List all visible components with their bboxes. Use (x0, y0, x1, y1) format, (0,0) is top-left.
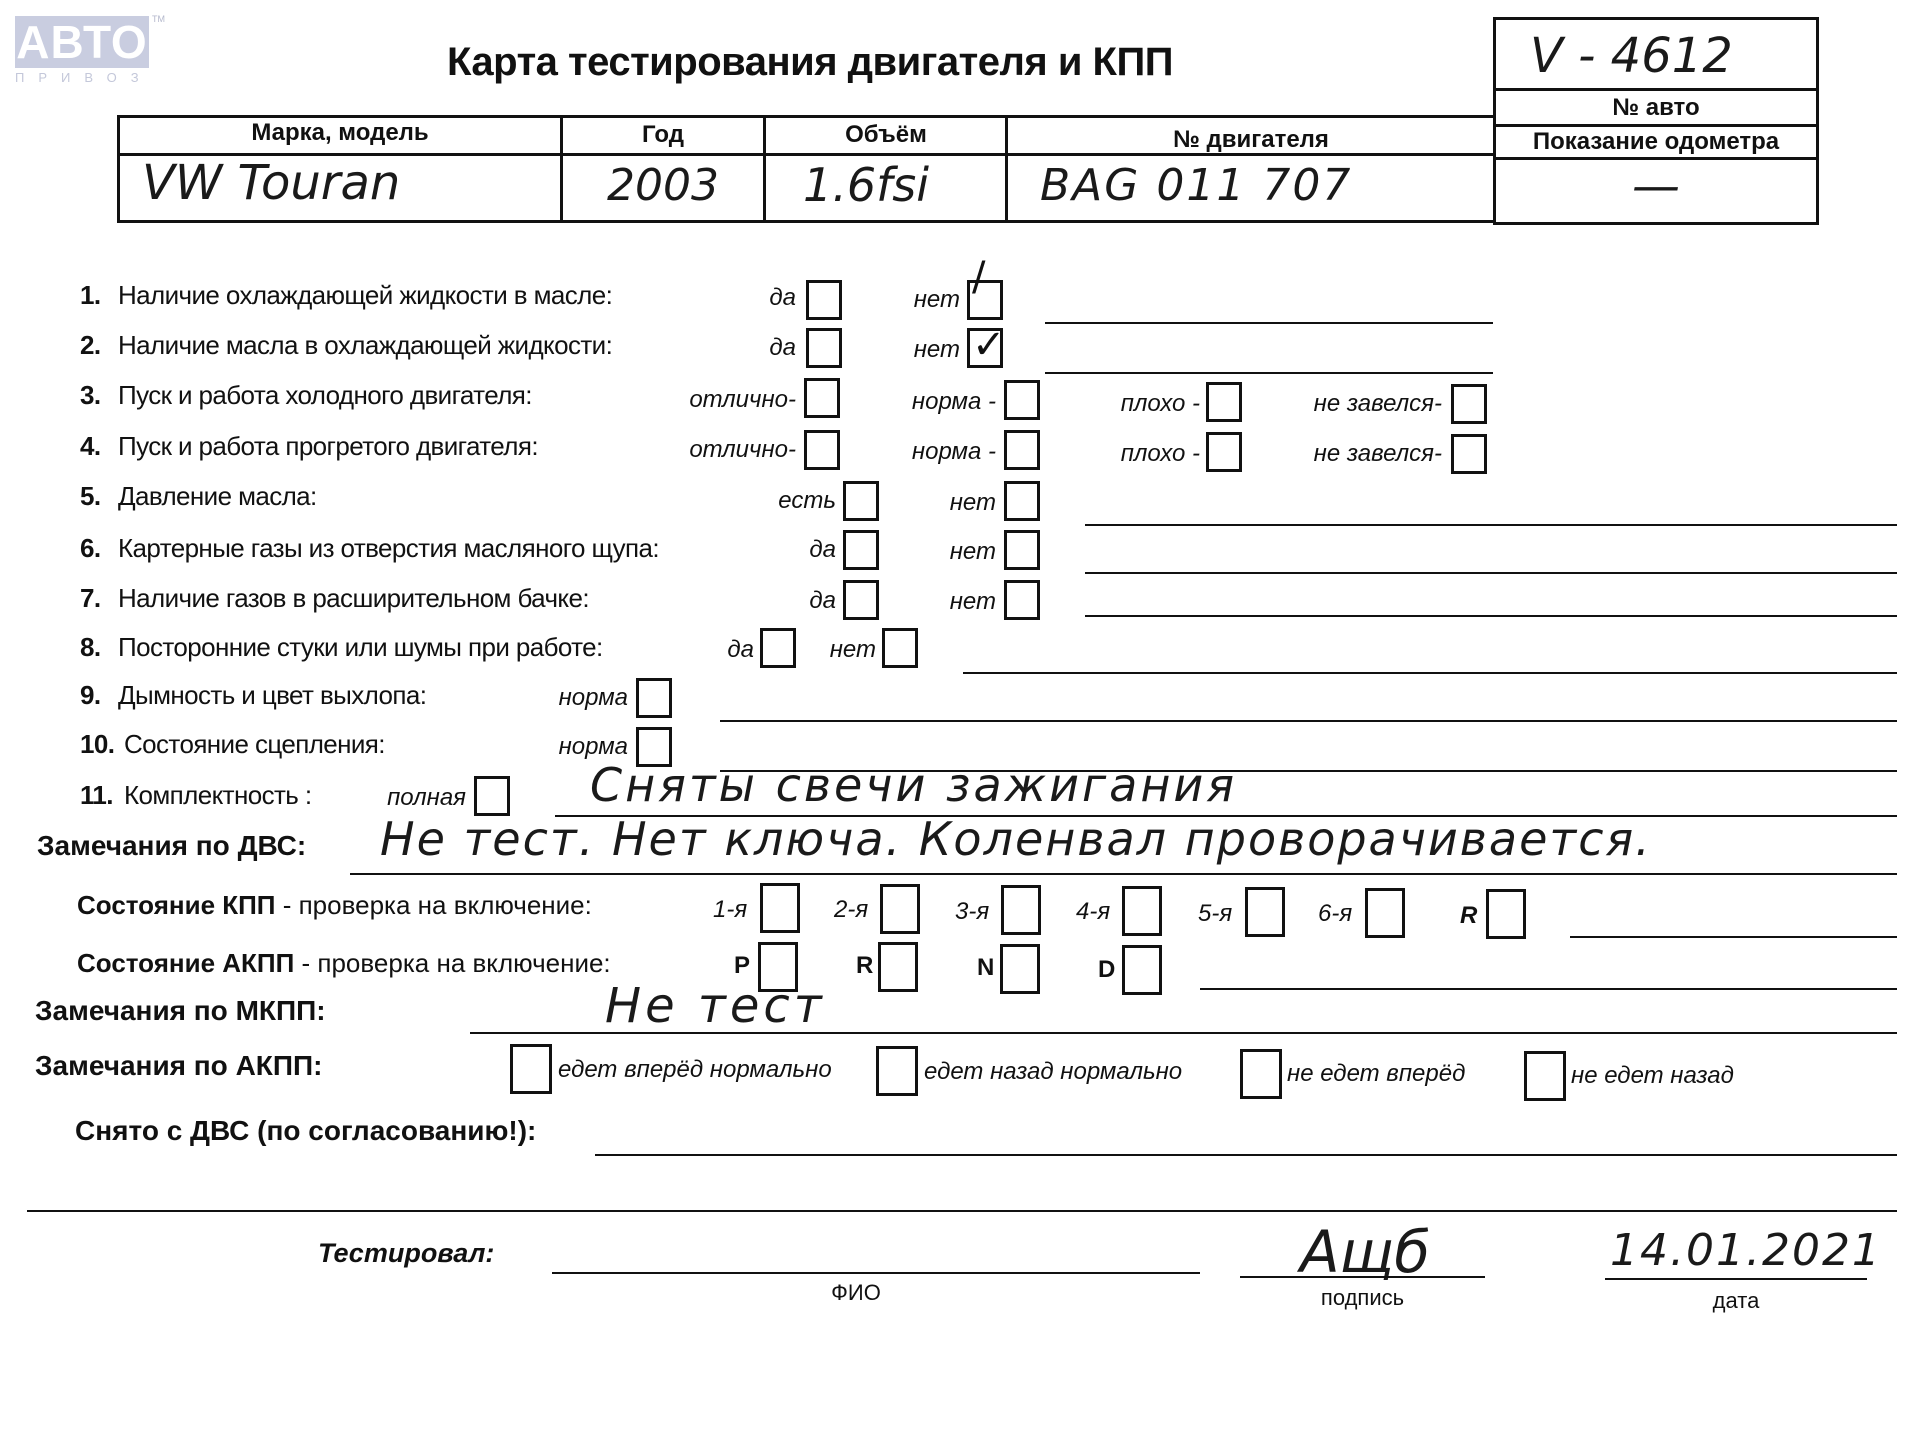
auto-remarks-label: Замечания по АКПП: (35, 1050, 322, 1082)
item-3-option-not-started-label: не завелся- (1270, 390, 1442, 418)
item-8-yes-checkbox[interactable] (760, 628, 796, 668)
col-header-year: Год (563, 121, 763, 149)
gear-1-checkbox[interactable] (760, 883, 800, 933)
item-10-option-normal-label: норма (520, 733, 628, 761)
item-4-normal-checkbox[interactable] (1004, 430, 1040, 470)
removed-label: Снято с ДВС (по согласованию!): (75, 1115, 536, 1147)
checkmark-icon: ✓ (972, 325, 1006, 365)
item-9-option-normal-label: норма (520, 684, 628, 712)
item-3-option-normal-label: норма - (860, 388, 996, 416)
item-6-no-checkbox[interactable] (1004, 530, 1040, 570)
item-8-option-no-label: нет (800, 636, 876, 664)
gear-p-label: P (734, 952, 750, 980)
date-value: 14.01.2021 (1610, 1225, 1882, 1276)
reverse-ok-checkbox[interactable] (876, 1046, 918, 1096)
item-1-no-checkbox[interactable]: / (967, 280, 1003, 320)
reverse-ok-label: едет назад нормально (924, 1058, 1182, 1086)
car-number-value: V - 4612 (1530, 28, 1733, 84)
item-2-yes-checkbox[interactable] (806, 328, 842, 368)
gear-d-label: D (1098, 956, 1115, 984)
item-7-yes-checkbox[interactable] (843, 580, 879, 620)
date-caption: дата (1605, 1288, 1867, 1314)
item-9-normal-checkbox[interactable] (636, 678, 672, 718)
gear-6-label: 6-я (1318, 900, 1352, 928)
odometer-label: Показание одометра (1496, 128, 1816, 156)
no-forward-checkbox[interactable] (1240, 1049, 1282, 1099)
no-reverse-label: не едет назад (1571, 1062, 1734, 1090)
no-reverse-checkbox[interactable] (1524, 1051, 1566, 1101)
forward-ok-checkbox[interactable] (510, 1044, 552, 1094)
col-header-make-model: Марка, модель (120, 119, 560, 147)
gear-r-checkbox[interactable] (878, 942, 918, 992)
item-7-no-checkbox[interactable] (1004, 580, 1040, 620)
item-6-option-yes-label: да (740, 536, 836, 564)
item-11-option-complete-label: полная (360, 784, 466, 812)
item-6-yes-checkbox[interactable] (843, 530, 879, 570)
item-3-excellent-checkbox[interactable] (804, 378, 840, 418)
item-11-complete-checkbox[interactable] (474, 776, 510, 816)
name-caption: ФИО (552, 1280, 1160, 1306)
col-header-engine-number: № двигателя (1008, 126, 1494, 154)
item-4-option-excellent-label: отлично- (640, 436, 796, 464)
item-5: 5.Давление масла: (80, 481, 317, 512)
item-7: 7.Наличие газов в расширительном бачке: (80, 583, 589, 614)
gear-2-label: 2-я (834, 896, 868, 924)
odometer-value: — (1496, 158, 1816, 214)
gear-3-label: 3-я (955, 898, 989, 926)
item-1-option-yes-label: да (700, 284, 796, 312)
tested-by-label: Тестировал: (318, 1238, 494, 1269)
item-2-option-yes-label: да (700, 334, 796, 362)
gear-reverse-checkbox[interactable] (1486, 889, 1526, 939)
gear-4-checkbox[interactable] (1122, 886, 1162, 936)
item-3-bad-checkbox[interactable] (1206, 382, 1242, 422)
col-header-volume: Объём (766, 121, 1006, 149)
item-4-not-started-checkbox[interactable] (1451, 434, 1487, 474)
item-2: 2.Наличие масла в охлаждающей жидкости: (80, 330, 612, 361)
item-7-option-no-label: нет (900, 588, 996, 616)
gear-r-label: R (856, 952, 873, 980)
engine-remarks-value: Не тест. Нет ключа. Коленвал проворачива… (380, 812, 1652, 866)
signature-caption: подпись (1240, 1285, 1485, 1311)
logo-trademark: TM (152, 14, 165, 24)
item-4: 4.Пуск и работа прогретого двигателя: (80, 431, 538, 462)
item-6: 6.Картерные газы из отверстия масляного … (80, 533, 659, 564)
gear-5-checkbox[interactable] (1245, 887, 1285, 937)
item-5-option-no-label: нет (900, 489, 996, 517)
item-4-excellent-checkbox[interactable] (804, 430, 840, 470)
removed-field[interactable] (595, 1110, 1897, 1150)
gear-2-checkbox[interactable] (880, 884, 920, 934)
value-engine-number: BAG 011 707 (1040, 160, 1352, 211)
manual-gearbox-label: Состояние КПП - проверка на включение: (77, 890, 592, 921)
logo: АВТО (15, 16, 149, 68)
item-3-not-started-checkbox[interactable] (1451, 384, 1487, 424)
item-9: 9.Дымность и цвет выхлопа: (80, 680, 426, 711)
item-8: 8.Посторонние стуки или шумы при работе: (80, 632, 603, 663)
item-4-option-not-started-label: не завелся- (1270, 440, 1442, 468)
gear-reverse-label: R (1460, 902, 1477, 930)
item-2-option-no-label: нет (860, 336, 960, 364)
item-5-yes-checkbox[interactable] (843, 481, 879, 521)
item-1: 1.Наличие охлаждающей жидкости в масле: (80, 280, 612, 311)
forward-ok-label: едет вперёд нормально (558, 1056, 832, 1084)
gear-n-checkbox[interactable] (1000, 944, 1040, 994)
item-4-option-bad-label: плохо - (1090, 440, 1200, 468)
value-make-model: VW Touran (142, 155, 400, 211)
gear-3-checkbox[interactable] (1001, 885, 1041, 935)
gear-6-checkbox[interactable] (1365, 888, 1405, 938)
manual-remarks-label: Замечания по МКПП: (35, 995, 326, 1027)
logo-subtitle: ПРИВОЗ (15, 70, 149, 85)
item-11: 11.Комплектность : (80, 780, 312, 811)
gear-4-label: 4-я (1076, 898, 1110, 926)
checkmark-icon: / (972, 257, 985, 297)
no-forward-label: не едет вперёд (1287, 1060, 1465, 1088)
item-8-option-yes-label: да (690, 636, 754, 664)
gear-n-label: N (977, 954, 994, 982)
gear-1-label: 1-я (713, 896, 747, 924)
item-4-option-normal-label: норма - (860, 438, 996, 466)
auto-gearbox-label: Состояние АКПП - проверка на включение: (77, 948, 611, 979)
item-5-option-yes-label: есть (740, 487, 836, 515)
value-year: 2003 (563, 160, 763, 211)
item-3: 3.Пуск и работа холодного двигателя: (80, 380, 532, 411)
value-volume: 1.6fsi (766, 158, 966, 212)
item-6-option-no-label: нет (900, 538, 996, 566)
manual-remarks-value: Не тест (605, 978, 826, 1034)
engine-remarks-label: Замечания по ДВС: (37, 830, 306, 862)
gear-d-checkbox[interactable] (1122, 945, 1162, 995)
item-10: 10.Состояние сцепления: (80, 729, 385, 760)
item-1-yes-checkbox[interactable] (806, 280, 842, 320)
page-title: Карта тестирования двигателя и КПП (350, 40, 1270, 85)
item-1-option-no-label: нет (860, 286, 960, 314)
item-5-no-checkbox[interactable] (1004, 481, 1040, 521)
item-7-option-yes-label: да (740, 587, 836, 615)
gear-5-label: 5-я (1198, 900, 1232, 928)
item-3-option-bad-label: плохо - (1090, 390, 1200, 418)
car-number-label: № авто (1496, 94, 1816, 122)
item-3-option-excellent-label: отлично- (640, 386, 796, 414)
item-8-no-checkbox[interactable] (882, 628, 918, 668)
item-4-bad-checkbox[interactable] (1206, 432, 1242, 472)
item-3-normal-checkbox[interactable] (1004, 380, 1040, 420)
item-11-note: Сняты свечи зажигания (590, 758, 1237, 812)
item-2-no-checkbox[interactable]: ✓ (967, 328, 1003, 368)
